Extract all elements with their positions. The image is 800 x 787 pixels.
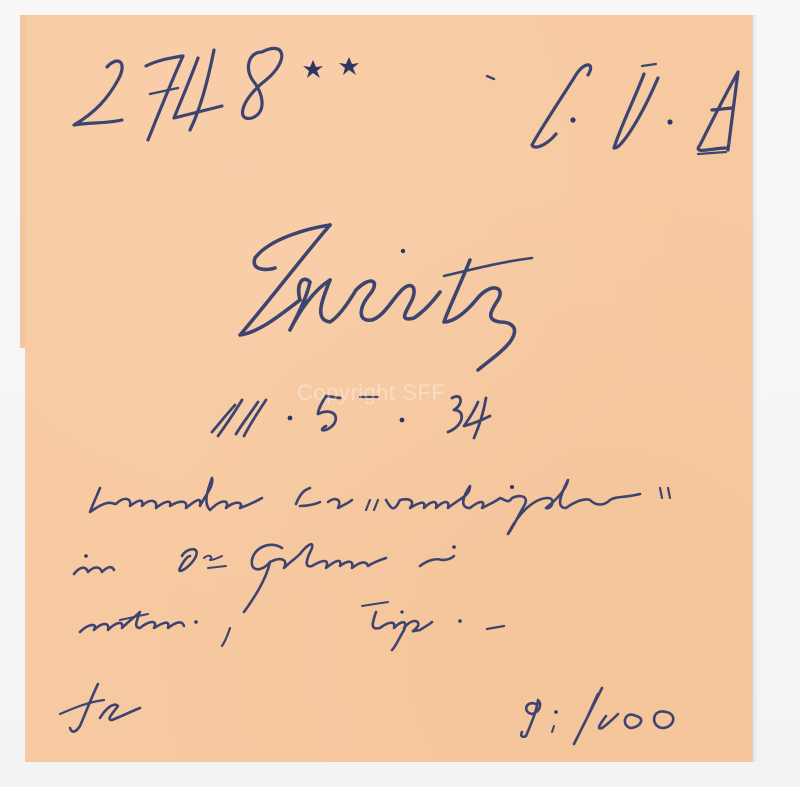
place-title: Trieste: [235, 220, 577, 332]
code-label: C.U.A: [530, 60, 712, 134]
stray-mark-ink: [487, 76, 494, 79]
description-line-2: in Pª Goldoni: [72, 540, 299, 580]
catalog-number-value: 2748: [75, 50, 228, 120]
catalog-marks: **: [228, 50, 288, 120]
footer-right-note: 9 : 1/100: [520, 690, 691, 734]
scan-background: Copyright SFF 2748** C.U.A Trieste 11 · …: [0, 0, 800, 787]
catalog-marks-ink: [303, 57, 359, 78]
description-line-3: cestoni, tip. -: [80, 604, 305, 644]
date-text: 11 · 5 · 34: [210, 392, 414, 438]
footer-left-note: fa: [60, 690, 93, 730]
catalog-number: 2748**: [75, 50, 288, 120]
description-line-1: baracche da „venderigola”: [90, 476, 550, 516]
